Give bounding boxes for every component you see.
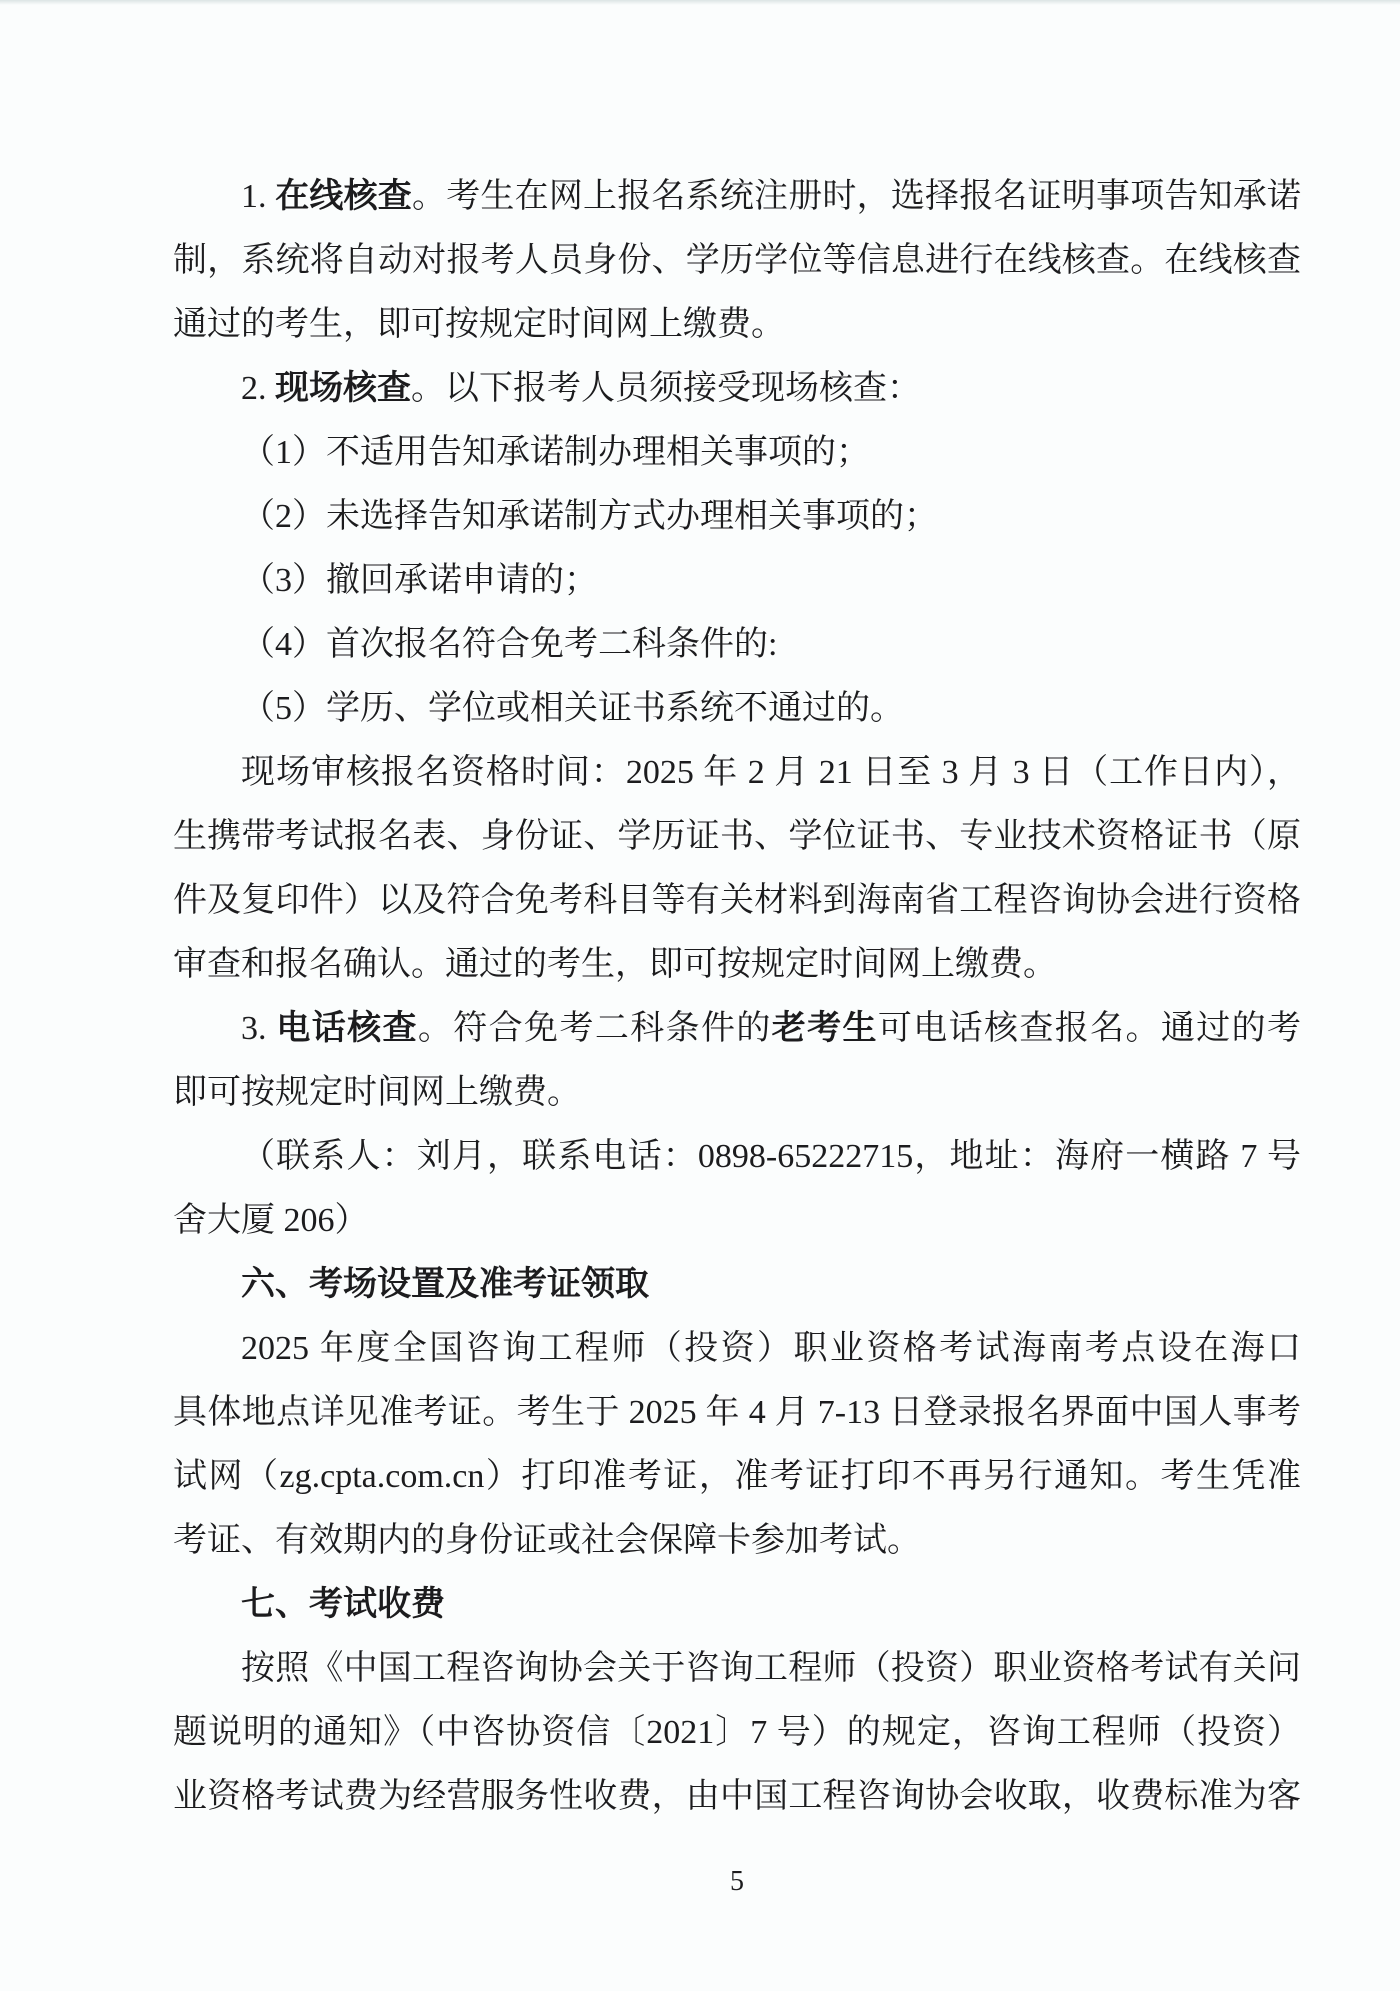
text-line: 业资格考试费为经营服务性收费，由中国工程咨询协会收取，收费标准为客 — [173, 1765, 1301, 1829]
text-segment: 现场审核报名资格时间：2025 年 2 月 21 日至 3 月 3 日（工作日内… — [173, 754, 1301, 805]
text-segment: 2. — [241, 370, 275, 407]
text-segment: 通过的考生，即可按规定时间网上缴费。 — [173, 306, 785, 343]
text-segment: 六、考场设置及准考证领取 — [241, 1266, 649, 1303]
text-line: （3）撤回承诺申请的； — [173, 549, 1301, 613]
text-segment: 具体地点详见准考证。考生于 2025 年 4 月 7-13 日登录报名界面中国人… — [173, 1394, 1301, 1431]
bold-text-segment: 现场核查 — [275, 370, 411, 407]
text-line: 3. 电话核查。符合免考二科条件的老考生可电话核查报名。通过的考生， — [173, 997, 1301, 1061]
text-line: 舍大厦 206） — [173, 1189, 1301, 1253]
text-segment: 审查和报名确认。通过的考生，即可按规定时间网上缴费。 — [173, 946, 1057, 983]
text-line: 审查和报名确认。通过的考生，即可按规定时间网上缴费。 — [173, 933, 1301, 997]
bold-text-segment: 在线核查 — [275, 178, 412, 215]
text-segment: （4）首次报名符合免考二科条件的: — [241, 626, 777, 663]
text-line: 制，系统将自动对报考人员身份、学历学位等信息进行在线核查。在线核查 — [173, 229, 1301, 293]
section-heading: 七、考试收费 — [173, 1573, 1301, 1637]
text-line: 1. 在线核查。考生在网上报名系统注册时，选择报名证明事项告知承诺 — [173, 165, 1301, 229]
text-line: 具体地点详见准考证。考生于 2025 年 4 月 7-13 日登录报名界面中国人… — [173, 1381, 1301, 1445]
text-segment: （5）学历、学位或相关证书系统不通过的。 — [241, 690, 904, 727]
text-segment: 舍大厦 206） — [173, 1202, 369, 1239]
text-line: 即可按规定时间网上缴费。 — [173, 1061, 1301, 1125]
text-line: 考证、有效期内的身份证或社会保障卡参加考试。 — [173, 1509, 1301, 1573]
text-segment: （3）撤回承诺申请的； — [241, 562, 598, 599]
text-line: （4）首次报名符合免考二科条件的: — [173, 613, 1301, 677]
text-segment: （联系人：刘月，联系电话：0898-65222715，地址：海府一横路 7 号美 — [173, 1138, 1301, 1189]
text-line: 试网（zg.cpta.com.cn）打印准考证，准考证打印不再另行通知。考生凭准 — [173, 1445, 1301, 1509]
section-heading: 六、考场设置及准考证领取 — [173, 1253, 1301, 1317]
text-line: 现场审核报名资格时间：2025 年 2 月 21 日至 3 月 3 日（工作日内… — [173, 741, 1301, 805]
text-segment: 2025 年度全国咨询工程师（投资）职业资格考试海南考点设在海口市， — [173, 1330, 1301, 1381]
text-segment: 七、考试收费 — [241, 1586, 445, 1623]
text-line: 2. 现场核查。以下报考人员须接受现场核查： — [173, 357, 1301, 421]
text-line: 生携带考试报名表、身份证、学历证书、学位证书、专业技术资格证书（原 — [173, 805, 1301, 869]
text-line: （1）不适用告知承诺制办理相关事项的； — [173, 421, 1301, 485]
text-line: （2）未选择告知承诺制方式办理相关事项的； — [173, 485, 1301, 549]
text-segment: 试网（zg.cpta.com.cn）打印准考证，准考证打印不再另行通知。考生凭准 — [173, 1458, 1301, 1495]
text-line: 2025 年度全国咨询工程师（投资）职业资格考试海南考点设在海口市， — [173, 1317, 1301, 1381]
text-segment: 生携带考试报名表、身份证、学历证书、学位证书、专业技术资格证书（原 — [173, 818, 1301, 855]
text-segment: 。以下报考人员须接受现场核查： — [411, 370, 921, 407]
text-line: 通过的考生，即可按规定时间网上缴费。 — [173, 293, 1301, 357]
text-line: 按照《中国工程咨询协会关于咨询工程师（投资）职业资格考试有关问 — [173, 1637, 1301, 1701]
text-line: （5）学历、学位或相关证书系统不通过的。 — [173, 677, 1301, 741]
document-body: 1. 在线核查。考生在网上报名系统注册时，选择报名证明事项告知承诺制，系统将自动… — [173, 165, 1301, 1829]
text-segment: 即可按规定时间网上缴费。 — [173, 1074, 581, 1111]
text-segment: （2）未选择告知承诺制方式办理相关事项的； — [241, 498, 938, 535]
scan-edge-artifact — [0, 0, 1400, 5]
page-number: 5 — [173, 1862, 1301, 1902]
text-segment: 按照《中国工程咨询协会关于咨询工程师（投资）职业资格考试有关问 — [241, 1650, 1301, 1687]
text-segment: 题说明的通知》（中咨协资信〔2021〕7 号）的规定，咨询工程师（投资）职 — [173, 1714, 1301, 1765]
text-line: 件及复印件）以及符合免考科目等有关材料到海南省工程咨询协会进行资格 — [173, 869, 1301, 933]
bold-text-segment: 老考生 — [772, 1010, 878, 1047]
text-segment: 3. — [241, 1010, 276, 1047]
text-segment: （1）不适用告知承诺制办理相关事项的； — [241, 434, 870, 471]
text-segment: 考证、有效期内的身份证或社会保障卡参加考试。 — [173, 1522, 921, 1559]
text-segment: 件及复印件）以及符合免考科目等有关材料到海南省工程咨询协会进行资格 — [173, 882, 1301, 919]
text-line: 题说明的通知》（中咨协资信〔2021〕7 号）的规定，咨询工程师（投资）职 — [173, 1701, 1301, 1765]
text-segment: 业资格考试费为经营服务性收费，由中国工程咨询协会收取，收费标准为客 — [173, 1778, 1301, 1815]
bold-text-segment: 电话核查 — [276, 1010, 418, 1047]
text-line: （联系人：刘月，联系电话：0898-65222715，地址：海府一横路 7 号美 — [173, 1125, 1301, 1189]
text-segment: 。符合免考二科条件的 — [418, 1010, 772, 1047]
text-segment: 。考生在网上报名系统注册时，选择报名证明事项告知承诺 — [412, 178, 1301, 215]
text-segment: 1. — [241, 178, 275, 215]
text-segment: 制，系统将自动对报考人员身份、学历学位等信息进行在线核查。在线核查 — [173, 242, 1301, 279]
